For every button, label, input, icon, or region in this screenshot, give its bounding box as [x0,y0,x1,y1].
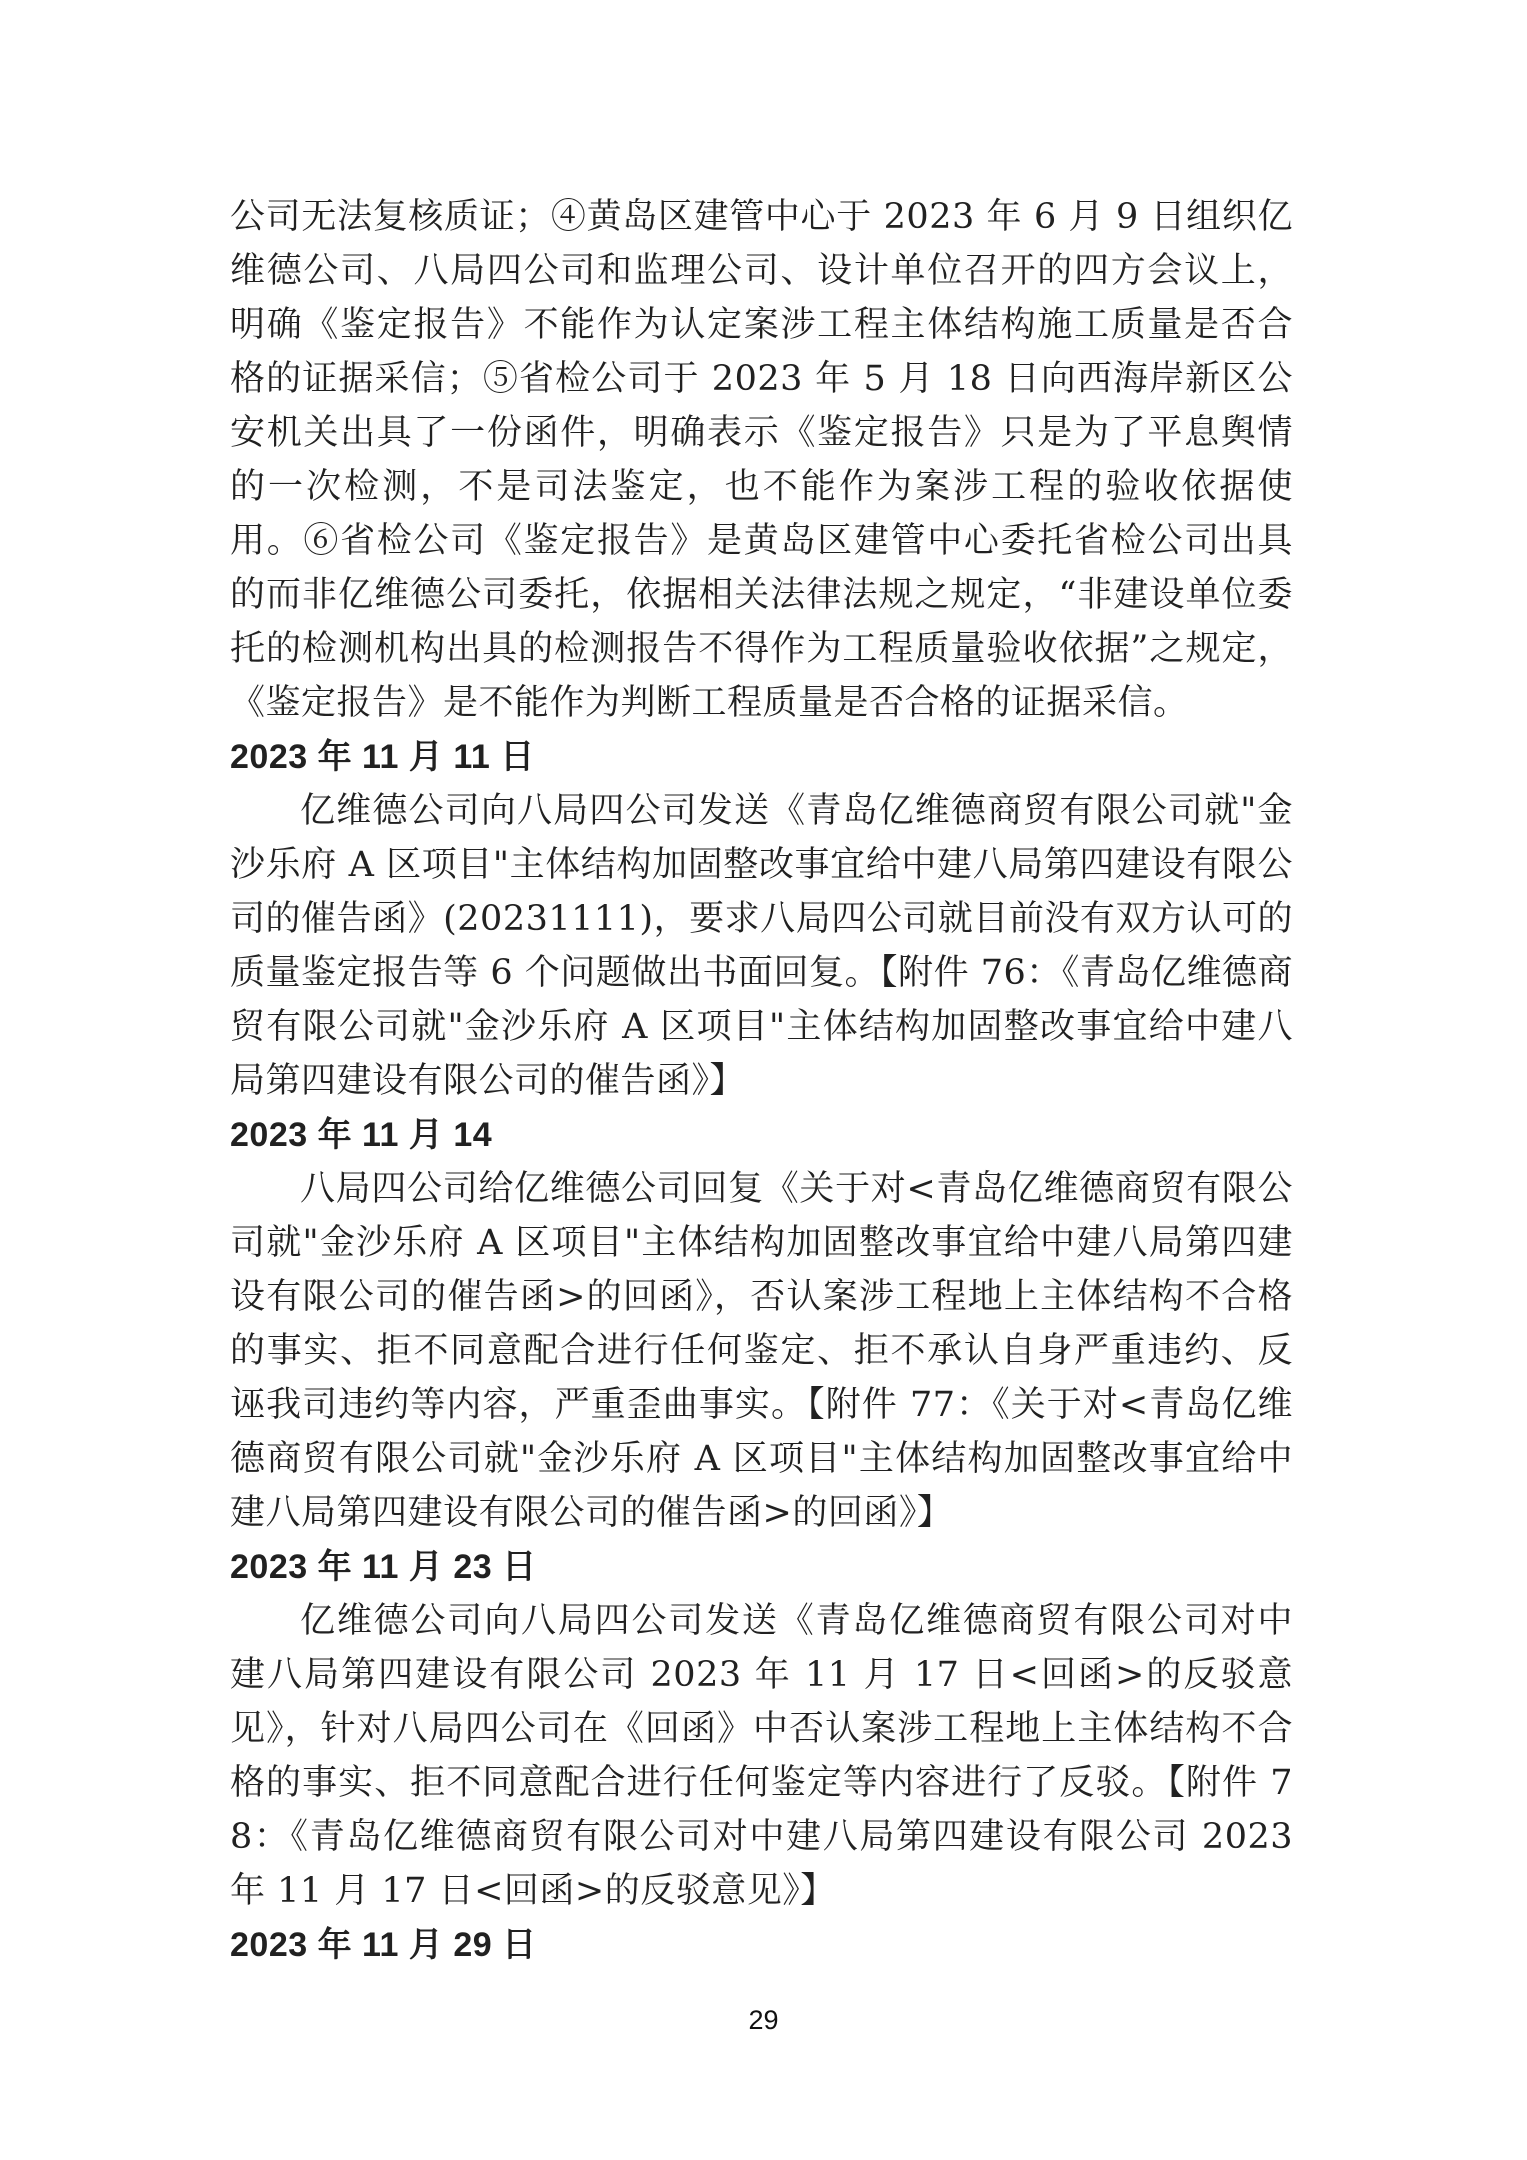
paragraph-attachment-77: 八局四公司给亿维德公司回复《关于对<青岛亿维德商贸有限公司就"金沙乐府 A 区项… [230,1162,1293,1540]
paragraph-attachment-78: 亿维德公司向八局四公司发送《青岛亿维德商贸有限公司对中建八局第四建设有限公司 2… [230,1594,1293,1918]
paragraph-attachment-76: 亿维德公司向八局四公司发送《青岛亿维德商贸有限公司就"金沙乐府 A 区项目"主体… [230,784,1293,1108]
date-heading-2023-11-14: 2023 年 11 月 14 [230,1108,1293,1162]
page-number: 29 [0,2002,1527,2038]
paragraph-continuation: 公司无法复核质证；④黄岛区建管中心于 2023 年 6 月 9 日组织亿维德公司… [230,190,1293,730]
date-heading-2023-11-29: 2023 年 11 月 29 日 [230,1918,1293,1972]
document-page: 公司无法复核质证；④黄岛区建管中心于 2023 年 6 月 9 日组织亿维德公司… [0,0,1527,2160]
document-text-block: 公司无法复核质证；④黄岛区建管中心于 2023 年 6 月 9 日组织亿维德公司… [230,190,1293,1972]
date-heading-2023-11-23: 2023 年 11 月 23 日 [230,1540,1293,1594]
date-heading-2023-11-11: 2023 年 11 月 11 日 [230,730,1293,784]
